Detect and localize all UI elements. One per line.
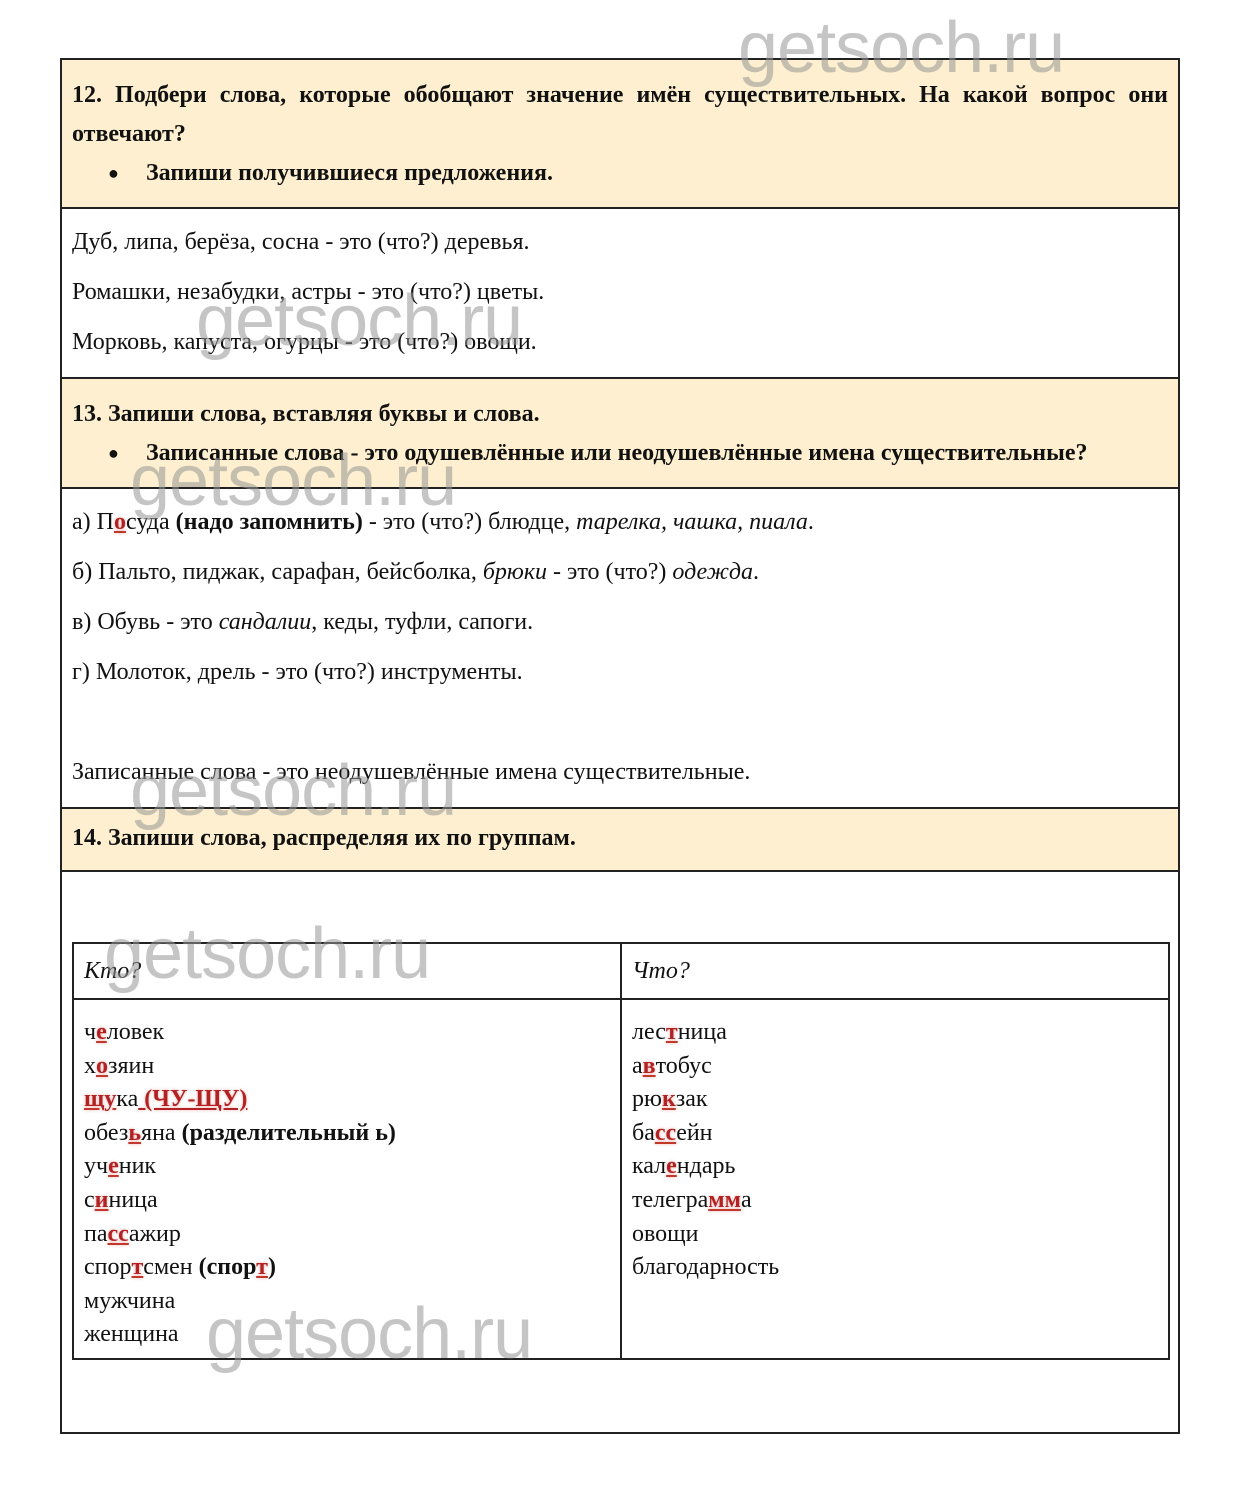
task-14-answer: Кто? Что? человекхозяинщука (ЧУ-ЩУ)обезь… bbox=[62, 872, 1178, 1432]
inserted-letter: и bbox=[95, 1187, 109, 1213]
word-item: телеграмма bbox=[632, 1184, 1158, 1218]
rule-note: (ЧУ-ЩУ) bbox=[138, 1086, 247, 1112]
word-item: календарь bbox=[632, 1150, 1158, 1184]
task-12-title: 12. Подбери слова, которые обобщают знач… bbox=[72, 76, 1168, 154]
task-12-header: 12. Подбери слова, которые обобщают знач… bbox=[62, 60, 1178, 209]
inserted-letter: сс bbox=[108, 1221, 129, 1247]
task-12-answer: Дуб, липа, берёза, сосна - это (что?) де… bbox=[62, 209, 1178, 379]
answer-line: Дуб, липа, берёза, сосна - это (что?) де… bbox=[72, 217, 1168, 267]
word-groups-table: Кто? Что? человекхозяинщука (ЧУ-ЩУ)обезь… bbox=[72, 942, 1170, 1360]
word-item: хозяин bbox=[84, 1050, 610, 1084]
word-item: женщина bbox=[84, 1318, 610, 1352]
word-item: рюкзак bbox=[632, 1083, 1158, 1117]
inserted-letter: е bbox=[96, 1019, 107, 1045]
rule-note: (разделительный ь) bbox=[176, 1120, 396, 1146]
task-12-bullet: ● Запиши получившиеся предложения. bbox=[72, 154, 1168, 193]
column-header-who: Кто? bbox=[73, 943, 621, 999]
homework-sheet: 12. Подбери слова, которые обобщают знач… bbox=[60, 58, 1180, 1434]
inserted-letter: о bbox=[114, 509, 126, 535]
inserted-letter: щу bbox=[84, 1086, 116, 1112]
inserted-letter: сс bbox=[655, 1120, 676, 1146]
word-item: спортсмен (спорт) bbox=[84, 1251, 610, 1285]
word-item: мужчина bbox=[84, 1285, 610, 1319]
answer-line: Морковь, капуста, огурцы - это (что?) ов… bbox=[72, 317, 1168, 367]
inserted-letter: т bbox=[132, 1254, 144, 1280]
word-item: обезьяна (разделительный ь) bbox=[84, 1117, 610, 1151]
inserted-letter: е bbox=[108, 1153, 119, 1179]
word-item: благодарность bbox=[632, 1251, 1158, 1285]
task-14-title: 14. Запиши слова, распределяя их по груп… bbox=[72, 819, 1168, 858]
word-item: бассейн bbox=[632, 1117, 1158, 1151]
inserted-letter: т bbox=[256, 1254, 268, 1280]
bullet-icon: ● bbox=[108, 434, 146, 473]
answer-conclusion: Записанные слова - это неодушевлённые им… bbox=[72, 747, 1168, 797]
task-14-header: 14. Запиши слова, распределяя их по груп… bbox=[62, 809, 1178, 872]
column-who-words: человекхозяинщука (ЧУ-ЩУ)обезьяна (разде… bbox=[73, 999, 621, 1359]
answer-line-b: б) Пальто, пиджак, сарафан, бейсболка, б… bbox=[72, 547, 1168, 597]
answer-line: Ромашки, незабудки, астры - это (что?) ц… bbox=[72, 267, 1168, 317]
bullet-icon: ● bbox=[108, 154, 146, 193]
inserted-letter: т bbox=[666, 1019, 678, 1045]
answer-line-c: в) Обувь - это сандалии, кеды, туфли, са… bbox=[72, 597, 1168, 647]
word-item: щука (ЧУ-ЩУ) bbox=[84, 1083, 610, 1117]
inserted-letter: е bbox=[666, 1153, 677, 1179]
column-header-what: Что? bbox=[621, 943, 1169, 999]
task-13-header: 13. Запиши слова, вставляя буквы и слова… bbox=[62, 379, 1178, 489]
inserted-letter: мм bbox=[708, 1187, 741, 1213]
column-what-words: лестницаавтобусрюкзакбассейнкалендарьтел… bbox=[621, 999, 1169, 1359]
word-item: синица bbox=[84, 1184, 610, 1218]
task-13-bullet: ● Записанные слова - это одушевлённые ил… bbox=[72, 434, 1168, 473]
word-item: пассажир bbox=[84, 1218, 610, 1252]
inserted-letter: к bbox=[662, 1086, 676, 1112]
answer-line-d: г) Молоток, дрель - это (что?) инструмен… bbox=[72, 647, 1168, 697]
task-13-title: 13. Запиши слова, вставляя буквы и слова… bbox=[72, 395, 1168, 434]
inserted-letter: в bbox=[643, 1053, 656, 1079]
word-item: ученик bbox=[84, 1150, 610, 1184]
inserted-letter: ь bbox=[128, 1120, 141, 1146]
rule-note: (спор bbox=[193, 1254, 257, 1280]
task-13-answer: а) Посуда (надо запомнить) - это (что?) … bbox=[62, 489, 1178, 809]
word-item: овощи bbox=[632, 1218, 1158, 1252]
answer-line-a: а) Посуда (надо запомнить) - это (что?) … bbox=[72, 497, 1168, 547]
inserted-letter: о bbox=[96, 1053, 108, 1079]
word-item: автобус bbox=[632, 1050, 1158, 1084]
word-item: лестница bbox=[632, 1016, 1158, 1050]
word-item: человек bbox=[84, 1016, 610, 1050]
